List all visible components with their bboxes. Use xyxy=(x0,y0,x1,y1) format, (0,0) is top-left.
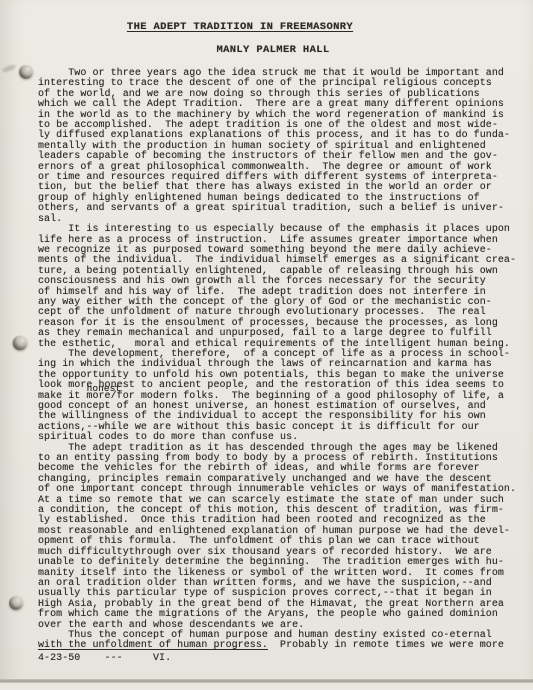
document-title: THE ADEPT TRADITION IN FREEMASONRY xyxy=(0,21,480,33)
paragraph-5: Thus the concept of human purpose and hu… xyxy=(38,631,530,652)
paragraph-5-underlined-phrase: with the unfoldment of human progress. xyxy=(38,640,268,651)
paragraph-5-rest: Probably in remote times we were more xyxy=(268,640,504,651)
footer-date-volume: 4-23-50 --- VI. xyxy=(38,653,171,664)
scanned-page: THE ADEPT TRADITION IN FREEMASONRY MANLY… xyxy=(0,0,533,690)
binder-grommet-bottom xyxy=(9,596,23,610)
ink-smudge xyxy=(2,64,17,73)
inserted-word: honest xyxy=(87,384,122,394)
binder-grommet-top xyxy=(19,65,33,79)
document-body: Two or three years ago the idea struck m… xyxy=(38,69,530,652)
document-author: MANLY PALMER HALL xyxy=(38,44,508,56)
paragraph-3: The development, therefore, of a concept… xyxy=(38,350,530,444)
binder-grommet-middle xyxy=(13,336,28,351)
paragraph-4: The adept tradition as it has descended … xyxy=(38,444,530,631)
paragraph-2: It is interesting to us especially becau… xyxy=(38,225,530,350)
paragraph-3-part2: good concept of an honest universe, an h… xyxy=(38,401,486,443)
paragraph-3-line5-end: /for modern folks. The beginning of a go… xyxy=(111,391,504,402)
scan-background-strip xyxy=(0,683,533,690)
paragraph-1: Two or three years ago the idea struck m… xyxy=(38,69,530,225)
